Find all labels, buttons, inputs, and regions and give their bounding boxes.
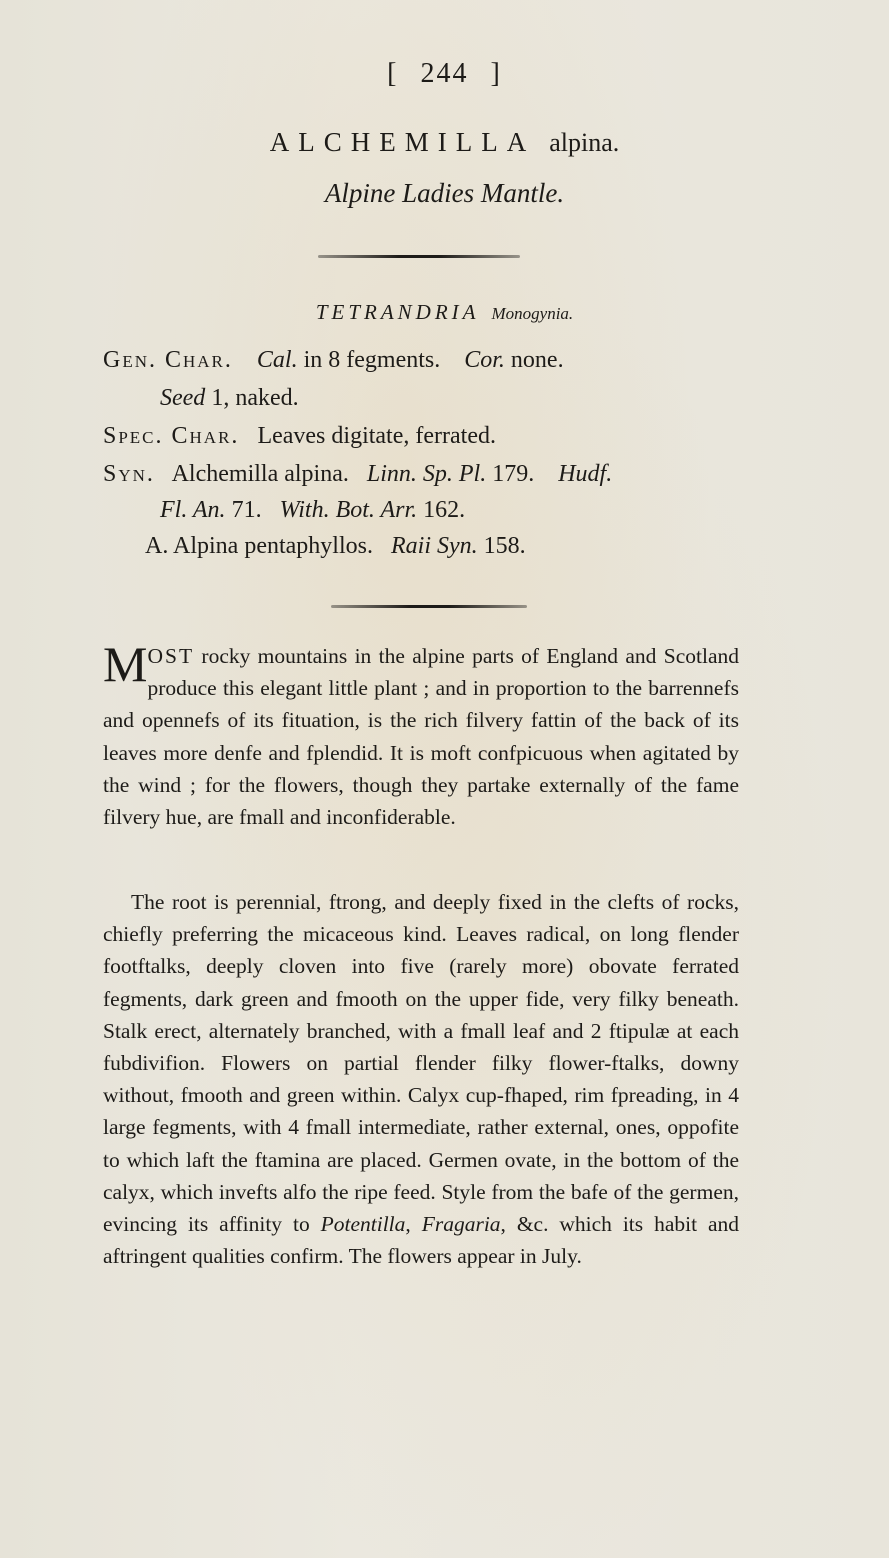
syn-ref: Linn. Sp. Pl.	[367, 461, 486, 487]
lead-word: OST	[147, 644, 194, 668]
genus-reference: Fragaria	[422, 1212, 501, 1236]
synonym-line-2: Fl. An. 71. With. Bot. Arr. 162.	[160, 497, 465, 524]
bracket-open: [	[387, 58, 398, 90]
syn-ref: Hudf.	[558, 461, 612, 487]
paragraph-text: The root is perennial, ftrong, and deepl…	[103, 890, 739, 1236]
paragraph-1: MOST rocky mountains in the alpine parts…	[103, 640, 739, 833]
common-name: Alpine Ladies Mantle.	[0, 178, 889, 209]
divider-rule	[318, 255, 520, 258]
genus-name: ALCHEMILLA	[270, 127, 535, 157]
syn-text: Alchemilla alpina.	[172, 461, 349, 487]
syn-num: 162.	[417, 497, 465, 523]
divider-rule	[331, 605, 527, 608]
separator: ,	[405, 1212, 421, 1236]
paragraph-2: The root is perennial, ftrong, and deepl…	[103, 886, 739, 1272]
drop-cap: M	[103, 644, 147, 684]
synonym-line-3: A. Alpina pentaphyllos. Raii Syn. 158.	[145, 533, 526, 560]
linnaean-classification: TETRANDRIAMonogynia.	[0, 300, 889, 325]
syn-num: 158.	[478, 533, 526, 559]
species-title: ALCHEMILLAalpina.	[0, 127, 889, 158]
syn-ref: With. Bot. Arr.	[280, 497, 418, 523]
syn-num: 71.	[226, 497, 262, 523]
generic-character-line: Gen. Char. Cal. in 8 fegments. Cor. none…	[103, 347, 564, 374]
gen-cal: Cal.	[257, 347, 298, 373]
gen-text: none.	[505, 347, 564, 373]
paragraph-text: rocky mountains in the alpine parts of E…	[103, 644, 739, 829]
syn-text: A. Alpina pentaphyllos.	[145, 533, 373, 559]
syn-label: Syn.	[103, 461, 155, 487]
order-name: Monogynia.	[491, 304, 573, 323]
specific-character-line: Spec. Char. Leaves digitate, ferrated.	[103, 423, 496, 450]
gen-text: in 8 fegments.	[298, 347, 441, 373]
gen-char-label: Gen. Char.	[103, 347, 233, 373]
syn-ref: Fl. An.	[160, 497, 226, 523]
syn-ref: Raii Syn.	[391, 533, 478, 559]
generic-character-line-2: Seed 1, naked.	[160, 385, 299, 412]
gen-seed: Seed	[160, 385, 205, 411]
spec-char-label: Spec. Char.	[103, 423, 239, 449]
bracket-close: ]	[491, 58, 502, 90]
genus-reference: Potentilla	[321, 1212, 406, 1236]
synonym-line: Syn. Alchemilla alpina. Linn. Sp. Pl. 17…	[103, 461, 612, 488]
gen-text: 1, naked.	[205, 385, 298, 411]
class-name: TETRANDRIA	[316, 300, 480, 324]
species-name: alpina.	[549, 128, 619, 157]
spec-char-text: Leaves digitate, ferrated.	[257, 423, 496, 449]
page-number: [244]	[0, 58, 889, 90]
page-number-value: 244	[421, 58, 469, 89]
syn-num: 179.	[486, 461, 534, 487]
book-page: [244] ALCHEMILLAalpina. Alpine Ladies Ma…	[0, 0, 889, 1558]
gen-cor: Cor.	[464, 347, 505, 373]
